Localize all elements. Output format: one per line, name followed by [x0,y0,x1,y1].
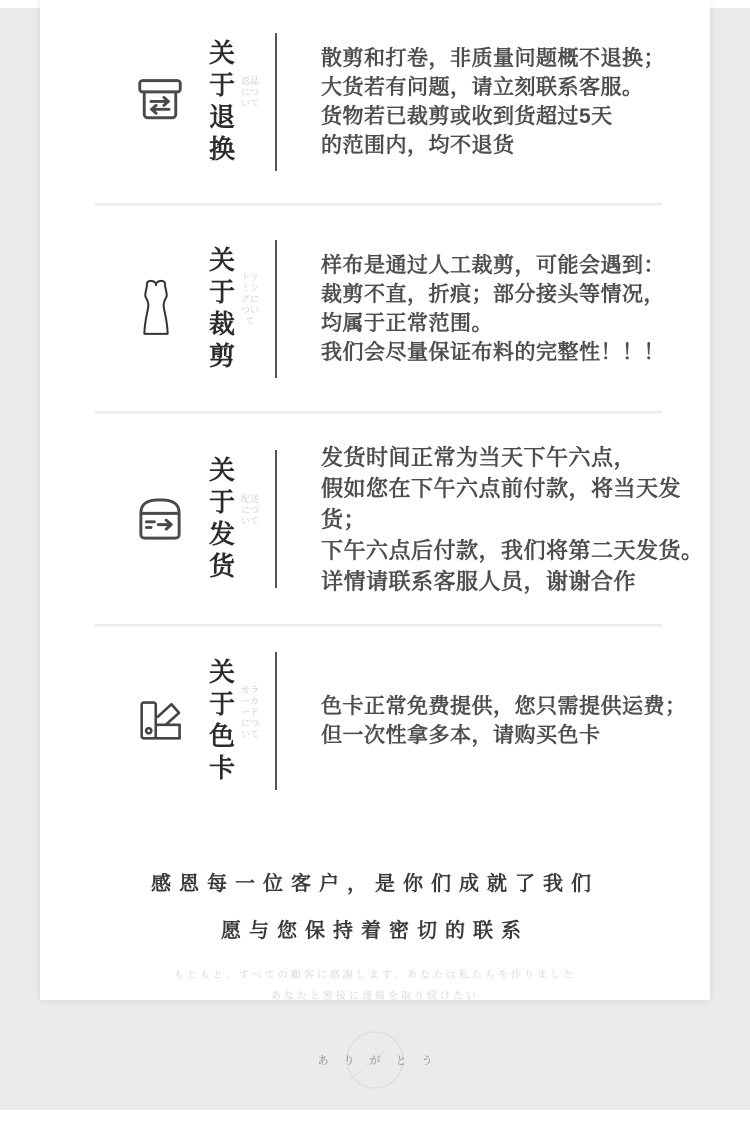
vertical-divider [275,33,277,171]
vertical-divider [275,240,277,378]
section-shipping: 关于发货 配送について 发货时间正常为当天下午六点， 假如您在下午六点前付款，将… [40,414,710,624]
thanks-line-2: 愿与您保持着密切的联系 [40,914,710,943]
bottom-page-strip [0,1110,750,1127]
delivery-box-arrow-icon [133,494,205,544]
info-card: 关于退换 返品について 散剪和打卷，非质量问题概不退换； 大货若有问题，请立刻联… [40,0,710,1000]
section-subtitle-ja: 返品について [239,76,261,109]
section-subtitle-ja: トリミングについて [239,272,261,327]
section-returns: 关于退换 返品について 散剪和打卷，非质量问题概不退换； 大货若有问题，请立刻联… [40,0,710,203]
thanks-block: 感恩每一位客户，是你们成就了我们 愿与您保持着密切的联系 [40,867,710,943]
section-title: 关于退换 [205,38,239,166]
dress-icon [133,278,205,340]
section-title: 关于色卡 [205,657,239,785]
vertical-divider [275,450,277,588]
section-body-text: 色卡正常免费提供，您只需提供运费； 但一次性拿多本，请购买色卡 [321,692,687,750]
section-subtitle-ja: カラーカードについて [239,685,261,740]
footer-logo: ありがとう [0,1022,750,1098]
section-body-text: 样布是通过人工裁剪，可能会遇到： 裁剪不直，折痕；部分接头等情况， 均属于正常范… [321,251,665,367]
section-subtitle-ja: 配送について [239,494,261,527]
thanks-line-1: 感恩每一位客户，是你们成就了我们 [40,867,710,896]
return-exchange-box-icon [133,75,205,129]
section-body-text: 散剪和打卷，非质量问题概不退换； 大货若有问题，请立刻联系客服。 货物若已裁剪或… [321,44,665,160]
thanks-japanese-lines: もともと、すべての顧客に感謝します、あなたは私たちを作りました あなたと密接に連… [40,965,710,1007]
color-swatch-icon [133,693,205,749]
section-title: 关于发货 [205,455,239,583]
section-body-text: 发货时间正常为当天下午六点， 假如您在下午六点前付款，将当天发货； 下午六点后付… [321,442,710,597]
section-color-card: 关于色卡 カラーカードについて 色卡正常免费提供，您只需提供运费； 但一次性拿多… [40,627,710,815]
section-cutting: 关于裁剪 トリミングについて 样布是通过人工裁剪，可能会遇到： 裁剪不直，折痕；… [40,206,710,411]
vertical-divider [275,652,277,790]
section-title: 关于裁剪 [205,245,239,373]
logo-text: ありがとう [303,1052,448,1068]
thanks-ja-line-2: あなたと密接に連絡を取り続けたい [40,986,710,1007]
thanks-ja-line-1: もともと、すべての顧客に感謝します、あなたは私たちを作りました [40,965,710,986]
